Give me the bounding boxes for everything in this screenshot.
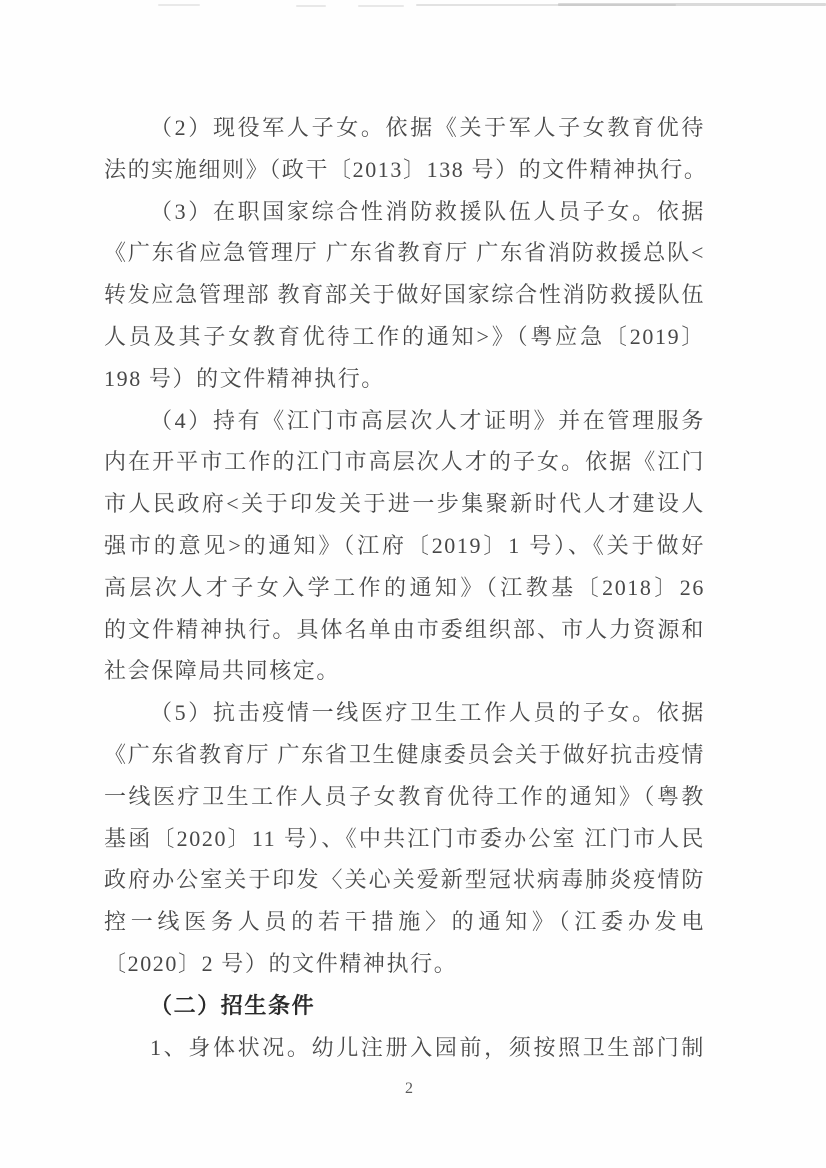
document-line: （3）在职国家综合性消防救援队伍人员子女。依据: [104, 191, 705, 233]
scan-artifact-line: [296, 5, 326, 7]
document-line: 1、身体状况。幼儿注册入园前，须按照卫生部门制定: [104, 1027, 705, 1069]
document-line: 高层次人才子女入学工作的通知》（江教基〔2018〕26 号）: [104, 567, 705, 609]
document-line: 社会保障局共同核定。: [104, 650, 705, 692]
document-page: （2）现役军人子女。依据《关于军人子女教育优待办法的实施细则》（政干〔2013〕…: [0, 0, 826, 1168]
document-line: 控一线医务人员的若干措施〉的通知》（江委办发电: [104, 901, 705, 943]
document-line: 《广东省教育厅 广东省卫生健康委员会关于做好抗击疫情: [104, 734, 705, 776]
document-line: 强市的意见>的通知》（江府〔2019〕1 号）、《关于做好: [104, 525, 705, 567]
document-line: 人员及其子女教育优待工作的通知>》（粤应急〔2019〕: [104, 316, 705, 358]
scanned-document-page: { "page": { "number": "2", "background":…: [0, 0, 826, 1168]
document-line: （二）招生条件: [104, 985, 705, 1027]
document-line: 法的实施细则》（政干〔2013〕138 号）的文件精神执行。: [104, 149, 705, 191]
scan-artifact-line: [158, 4, 200, 6]
page-number: 2: [0, 1080, 818, 1098]
document-line: （2）现役军人子女。依据《关于军人子女教育优待办: [104, 107, 705, 149]
document-line: 内在开平市工作的江门市高层次人才的子女。依据《江门: [104, 441, 705, 483]
document-line: 一线医疗卫生工作人员子女教育优待工作的通知》（粤教: [104, 776, 705, 818]
document-line: 转发应急管理部 教育部关于做好国家综合性消防救援队伍: [104, 274, 705, 316]
document-body: （2）现役军人子女。依据《关于军人子女教育优待办法的实施细则》（政干〔2013〕…: [104, 107, 705, 1068]
document-line: 政府办公室关于印发〈关心关爱新型冠状病毒肺炎疫情防: [104, 859, 705, 901]
document-line: 《广东省应急管理厅 广东省教育厅 广东省消防救援总队<: [104, 232, 705, 274]
document-line: （4）持有《江门市高层次人才证明》并在管理服务期: [104, 400, 705, 442]
document-line: 基函〔2020〕11 号）、《中共江门市委办公室 江门市人民: [104, 818, 705, 860]
document-line: （5）抗击疫情一线医疗卫生工作人员的子女。依据: [104, 692, 705, 734]
document-line: 〔2020〕2 号）的文件精神执行。: [104, 943, 705, 985]
document-line: 市人民政府<关于印发关于进一步集聚新时代人才建设人才: [104, 483, 705, 525]
document-line: 198 号）的文件精神执行。: [104, 358, 705, 400]
scan-artifact-line: [358, 5, 404, 7]
scan-artifact-line: [558, 3, 826, 6]
document-line: 的文件精神执行。具体名单由市委组织部、市人力资源和: [104, 609, 705, 651]
